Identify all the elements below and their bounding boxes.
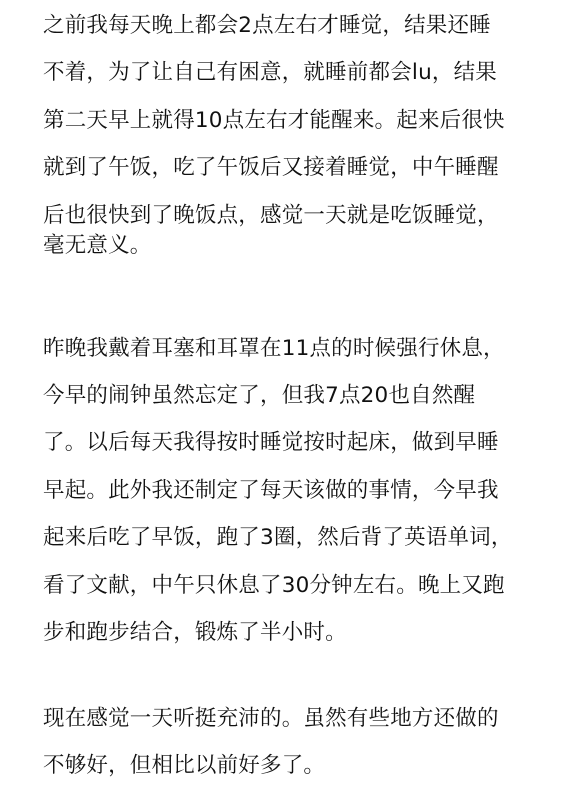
paragraph-2-line-4: 早起。此外我还制定了每天该做的事情，今早我 <box>43 477 499 505</box>
paragraph-3-line-2: 不够好，但相比以前好多了。 <box>43 752 325 780</box>
paragraph-2-line-1: 昨晚我戴着耳塞和耳罩在11点的时候强行休息， <box>43 335 505 363</box>
paragraph-3-line-1: 现在感觉一天听挺充沛的。虽然有些地方还做的 <box>43 705 499 733</box>
paragraph-2-line-3: 了。以后每天我得按时睡觉按时起床，做到早睡 <box>43 429 499 457</box>
paragraph-1-line-2: 不着，为了让自己有困意，就睡前都会lu，结果 <box>43 59 497 87</box>
paragraph-1-line-3: 第二天早上就得10点左右才能醒来。起来后很快 <box>43 107 505 135</box>
paragraph-2-line-7: 步和跑步结合，锻炼了半小时。 <box>43 619 347 647</box>
paragraph-1-line-1: 之前我每天晚上都会2点左右才睡觉，结果还睡 <box>43 12 491 40</box>
paragraph-2-line-2: 今早的闹钟虽然忘定了，但我7点20也自然醒 <box>43 382 475 410</box>
paragraph-1-line-5: 后也很快到了晚饭点，感觉一天就是吃饭睡觉， <box>43 202 499 230</box>
paragraph-1-line-4: 就到了午饭，吃了午饭后又接着睡觉，中午睡醒 <box>43 154 499 182</box>
paragraph-2-line-5: 起来后吃了早饭，跑了3圈，然后背了英语单词， <box>43 524 513 552</box>
paragraph-1-line-6: 毫无意义。 <box>43 232 152 260</box>
paragraph-2-line-6: 看了文献，中午只休息了30分钟左右。晚上又跑 <box>43 572 505 600</box>
